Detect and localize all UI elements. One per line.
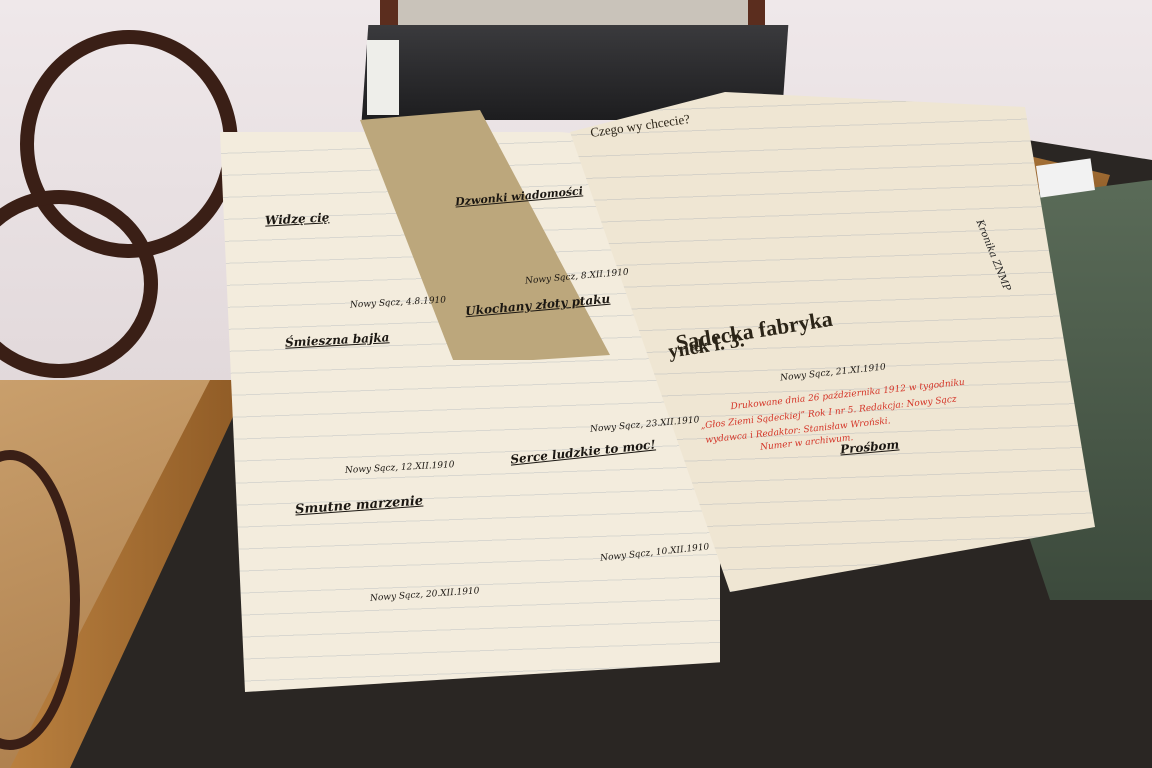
bentwood-chair	[0, 30, 230, 730]
open-notebook	[215, 92, 1095, 702]
